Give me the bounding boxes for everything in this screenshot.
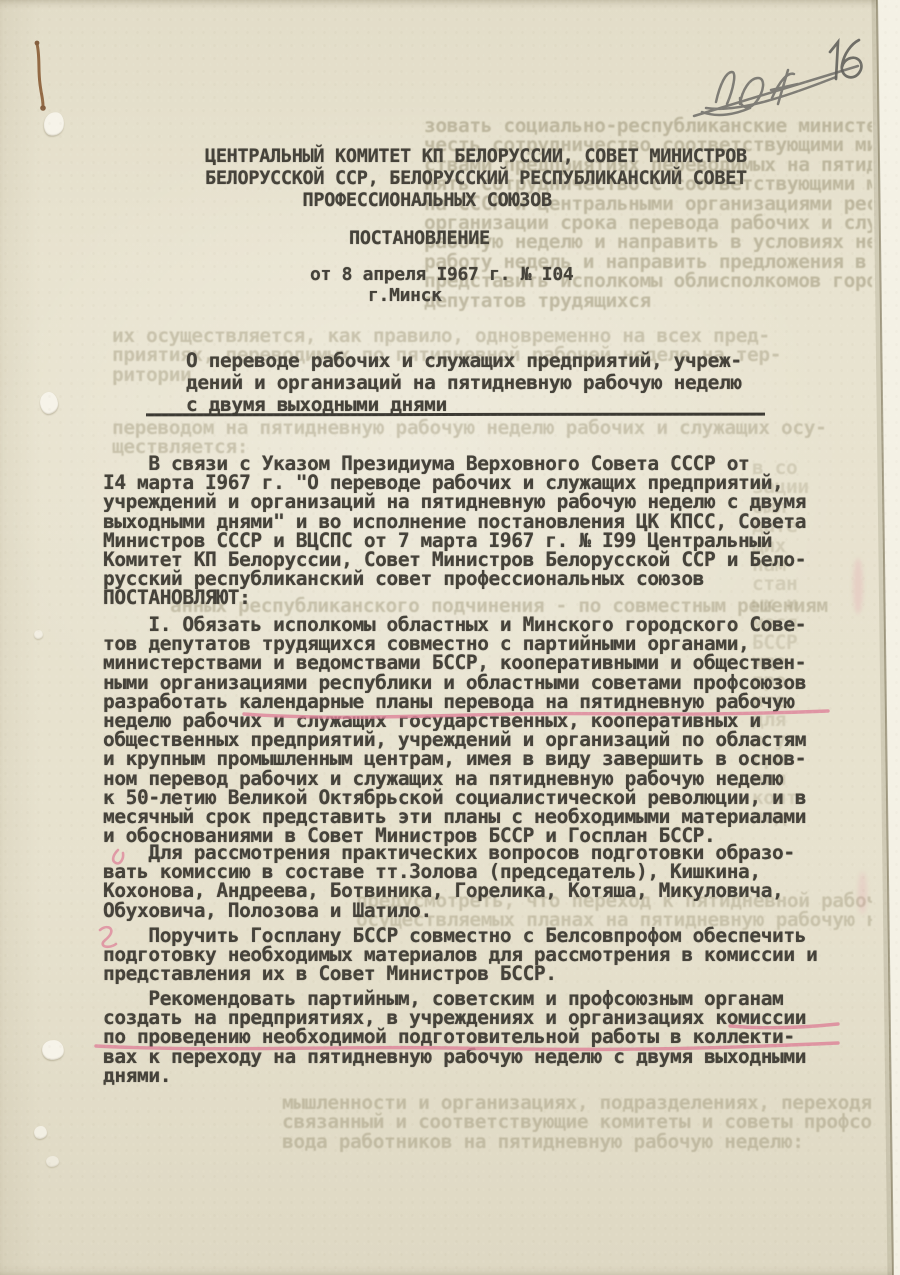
paragraph-2: I. Обязать исполкомы областных и Минског… [103,615,806,845]
paragraph-4: Поручить Госплану БССР совместно с Белсо… [103,926,817,984]
paper-tear [34,630,43,639]
paper-tear [42,110,67,138]
paper-tear [34,1126,47,1139]
pink-smudge [858,872,867,914]
paragraph-1: В связи с Указом Президиума Верховного С… [103,454,806,608]
paper-tear [39,391,60,415]
document-scan: зовать социально-республиканские министе… [0,0,900,1275]
date-number-line: от 8 апреля I967 г. № I04 [310,264,573,285]
pink-smudge [853,558,863,614]
rust-stain [35,41,46,111]
org-header: ЦЕНТРАЛЬНЫЙ КОМИТЕТ КП БЕЛОРУССИИ, СОВЕТ… [205,146,747,212]
subject-title: О переводе рабочих и служащих предприяти… [186,350,742,416]
paper-edge [874,0,900,1275]
paper-tear [41,1039,65,1061]
handwritten-page-number [830,40,861,79]
city-line: г.Минск [368,285,442,306]
paragraph-3: Для рассмотрения практических вопросов п… [103,843,795,920]
crossed-out-number [694,66,858,116]
paper-tear [46,1156,59,1167]
paragraph-5: Рекомендовать партийным, советским и про… [103,989,806,1085]
doc-type-heading: ПОСТАНОВЛЕНИЕ [349,228,490,250]
bleedthrough-text: мышленности и организациях, подразделени… [282,1093,872,1155]
